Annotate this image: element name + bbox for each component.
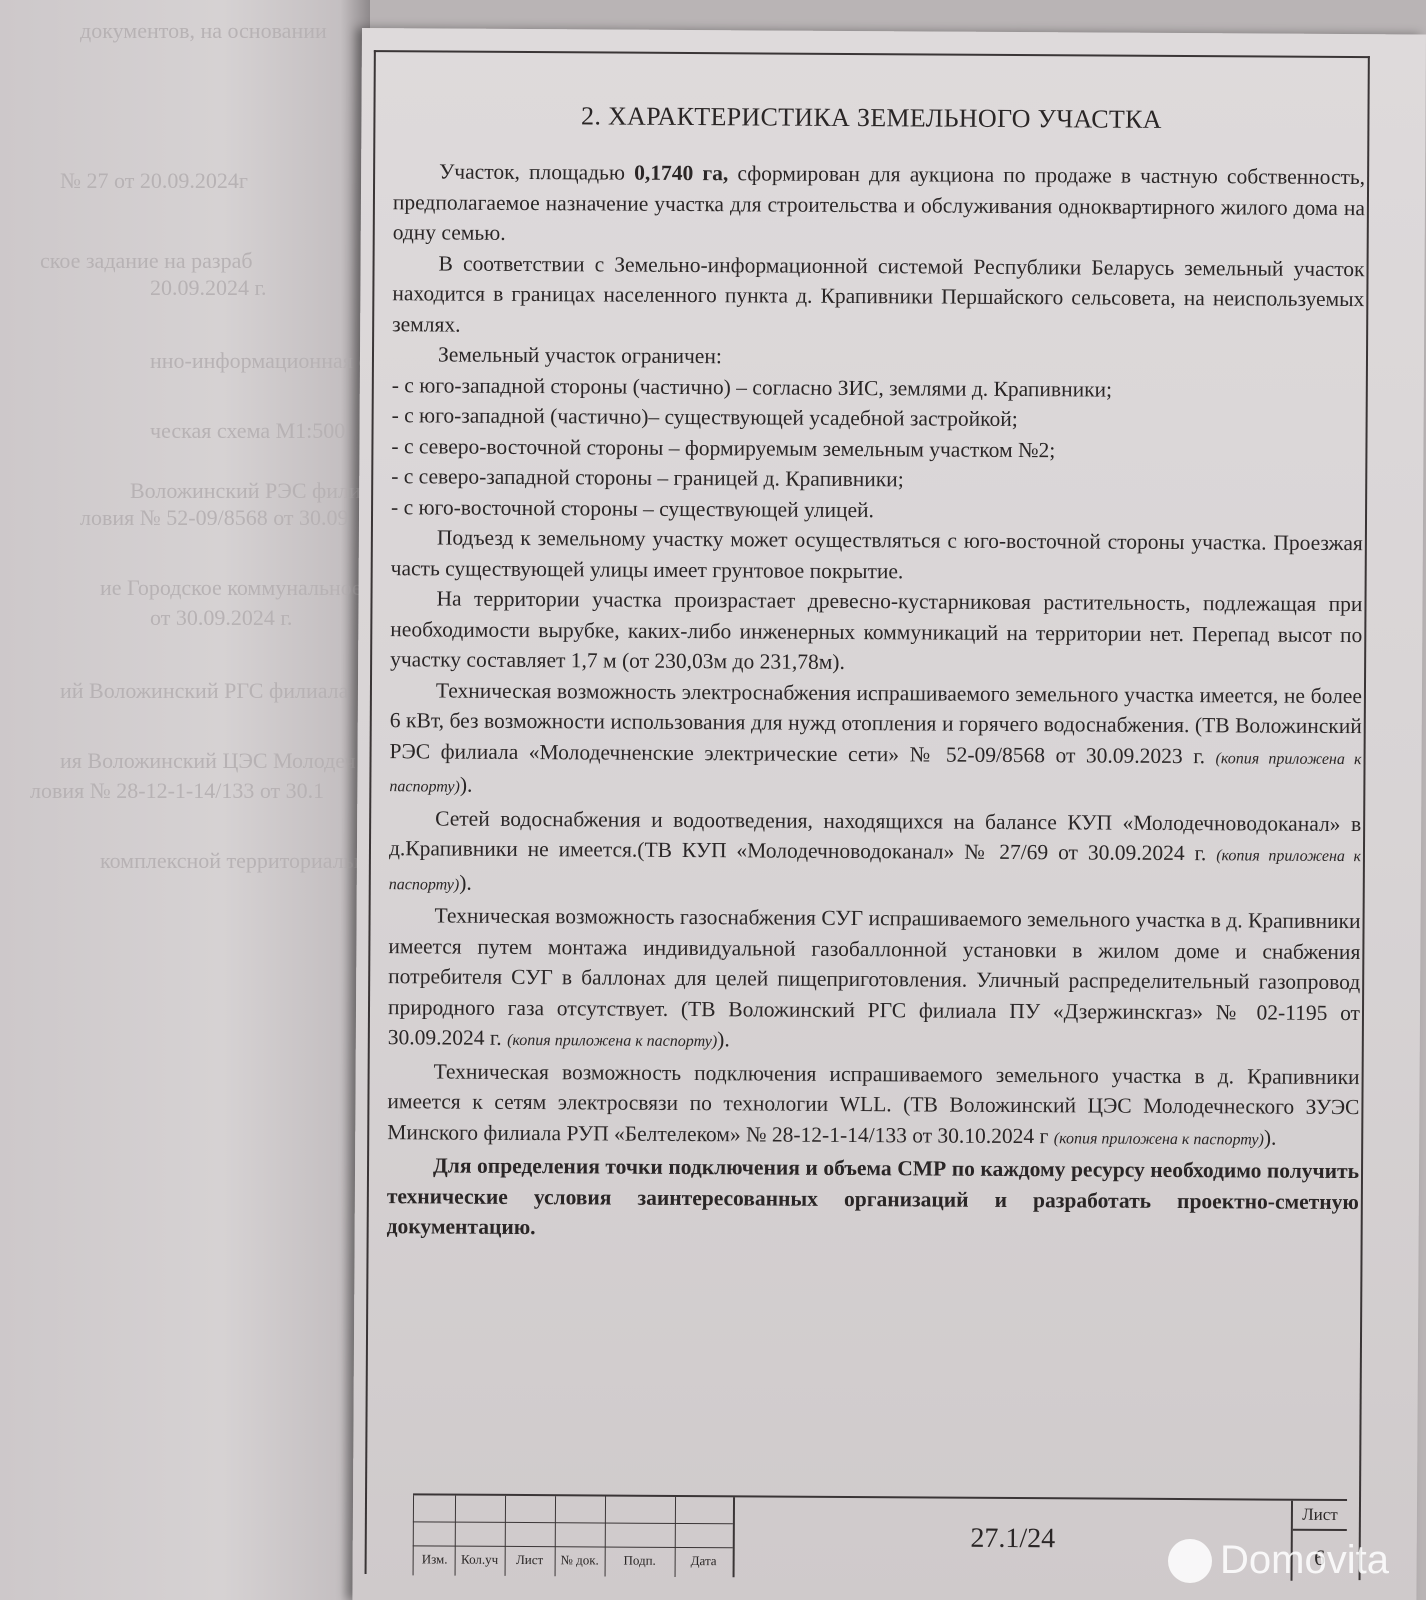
paragraph-gas: Техническая возможность газоснабжения СУ… bbox=[388, 900, 1361, 1061]
domovita-logo-icon bbox=[1168, 1539, 1212, 1583]
column-label: Дата bbox=[675, 1553, 733, 1569]
left-page-bleed-text: документов, на основании № 27 от 20.09.2… bbox=[0, 0, 370, 1600]
section-title: 2. ХАРАКТЕРИСТИКА ЗЕМЕЛЬНОГО УЧАСТКА bbox=[375, 100, 1367, 136]
plot-area-value: 0,1740 га, bbox=[634, 161, 728, 186]
column-label: Изм. bbox=[415, 1551, 455, 1567]
revision-grid: Изм. Кол.уч Лист № док. Подп. Дата bbox=[413, 1495, 735, 1577]
paragraph-water: Сетей водоснабжения и водоотведения, нах… bbox=[389, 803, 1362, 906]
column-label: Лист bbox=[505, 1552, 555, 1568]
paragraph-telecom: Техническая возможность подключения испр… bbox=[387, 1056, 1360, 1156]
paragraph-electricity: Техническая возможность электроснабжения… bbox=[389, 675, 1362, 809]
column-label: Кол.уч bbox=[455, 1552, 505, 1568]
paragraph-terrain: На территории участка произрастает древе… bbox=[390, 583, 1363, 680]
paragraph-location: В соответствии с Земельно-информационной… bbox=[392, 248, 1365, 345]
column-label: Подп. bbox=[605, 1553, 675, 1569]
paragraph-access: Подъезд к земельному участку может осуще… bbox=[391, 522, 1363, 589]
document-page: 2. ХАРАКТЕРИСТИКА ЗЕМЕЛЬНОГО УЧАСТКА Уча… bbox=[352, 28, 1426, 1600]
page-frame: 2. ХАРАКТЕРИСТИКА ЗЕМЕЛЬНОГО УЧАСТКА Уча… bbox=[365, 50, 1370, 1580]
sheet-label: Лист bbox=[1293, 1505, 1347, 1531]
document-body: Участок, площадью 0,1740 га, сформирован… bbox=[387, 156, 1366, 1247]
column-label: № док. bbox=[555, 1552, 605, 1568]
watermark: Domovita bbox=[1168, 1538, 1389, 1583]
paragraph-conclusion: Для определения точки подключения и объе… bbox=[387, 1150, 1360, 1247]
paragraph-plot-area: Участок, площадью 0,1740 га, сформирован… bbox=[393, 156, 1366, 253]
